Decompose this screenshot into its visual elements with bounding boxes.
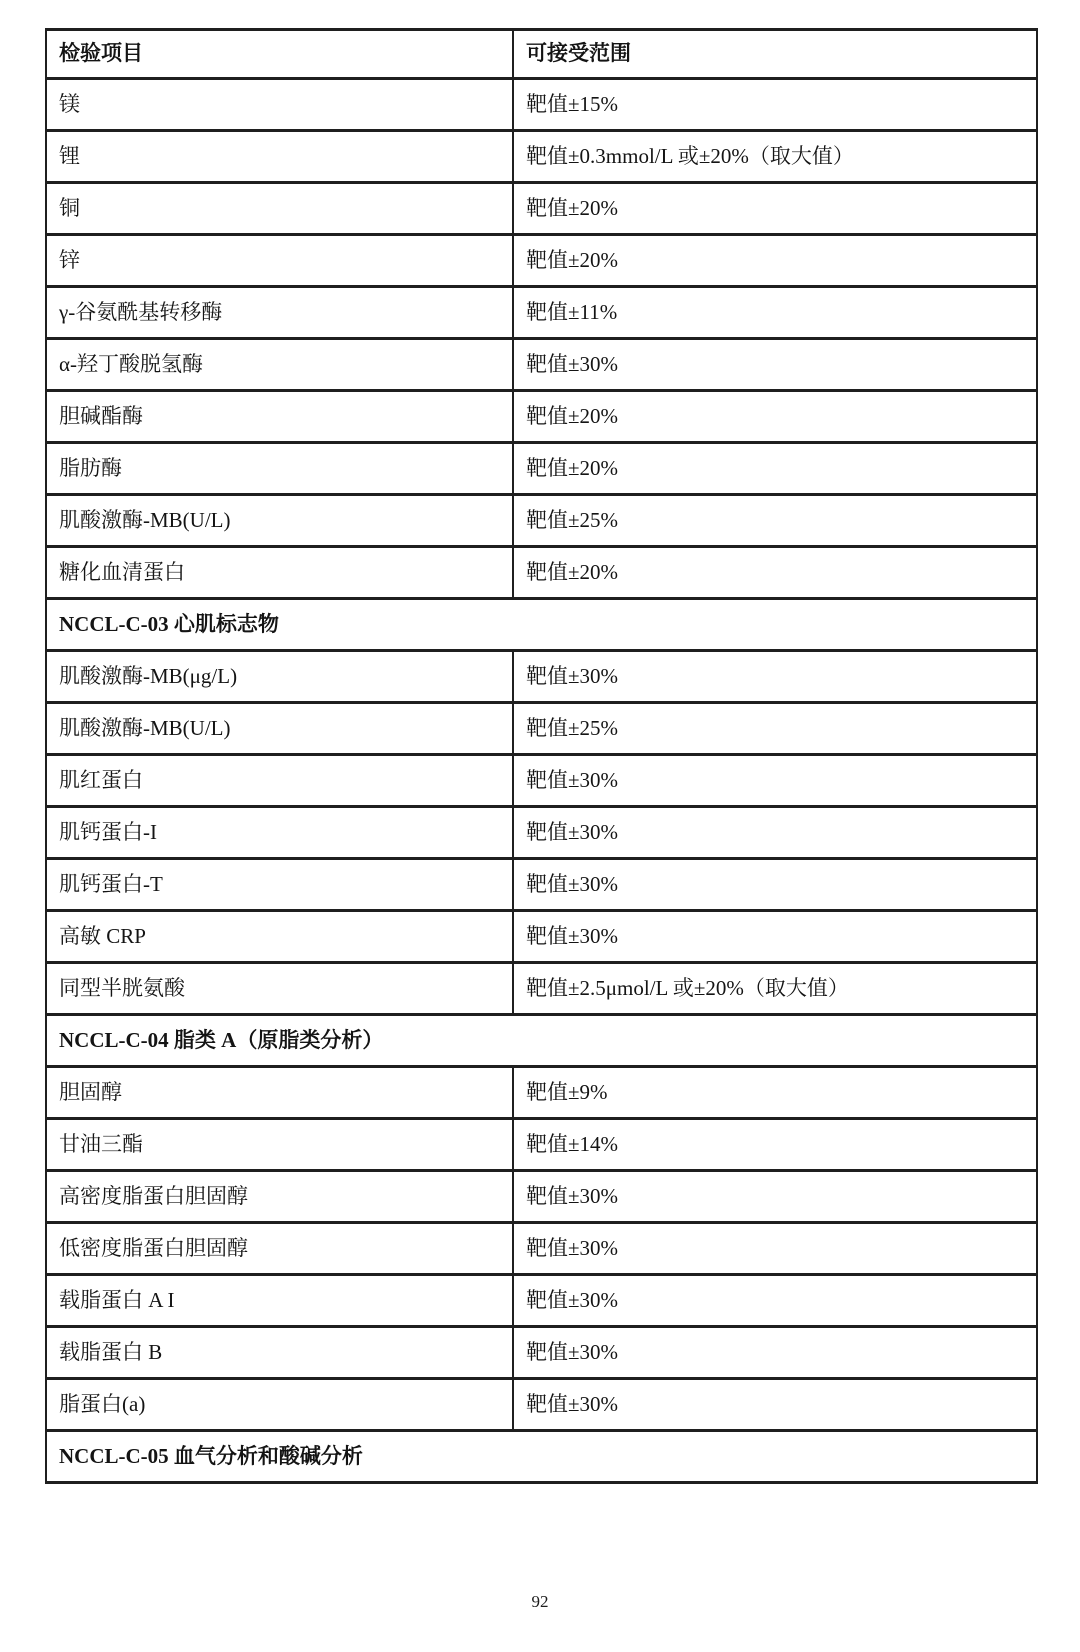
test-item-cell: 胆固醇 bbox=[46, 1067, 513, 1119]
acceptable-range-cell: 靶值±0.3mmol/L 或±20%（取大值） bbox=[513, 131, 1037, 183]
document-page: 检验项目 可接受范围 镁靶值±15%锂靶值±0.3mmol/L 或±20%（取大… bbox=[0, 0, 1080, 1652]
section-label: NCCL-C-03 心肌标志物 bbox=[46, 599, 1037, 651]
test-item-cell: 脂蛋白(a) bbox=[46, 1379, 513, 1431]
acceptable-range-cell: 靶值±30% bbox=[513, 859, 1037, 911]
acceptable-range-cell: 靶值±25% bbox=[513, 703, 1037, 755]
table-row: 高密度脂蛋白胆固醇靶值±30% bbox=[46, 1171, 1037, 1223]
test-item-cell: 载脂蛋白 B bbox=[46, 1327, 513, 1379]
section-header-row: NCCL-C-03 心肌标志物 bbox=[46, 599, 1037, 651]
table-row: 肌酸激酶-MB(μg/L)靶值±30% bbox=[46, 651, 1037, 703]
page-number: 92 bbox=[0, 1592, 1080, 1612]
table-row: 肌酸激酶-MB(U/L)靶值±25% bbox=[46, 495, 1037, 547]
table-row: 肌红蛋白靶值±30% bbox=[46, 755, 1037, 807]
table-row: 同型半胱氨酸靶值±2.5μmol/L 或±20%（取大值） bbox=[46, 963, 1037, 1015]
table-row: 胆碱酯酶靶值±20% bbox=[46, 391, 1037, 443]
test-item-cell: 镁 bbox=[46, 79, 513, 131]
test-item-cell: 肌酸激酶-MB(U/L) bbox=[46, 495, 513, 547]
acceptable-range-cell: 靶值±20% bbox=[513, 391, 1037, 443]
test-item-cell: 锂 bbox=[46, 131, 513, 183]
table-row: 载脂蛋白 A I靶值±30% bbox=[46, 1275, 1037, 1327]
test-item-cell: 脂肪酶 bbox=[46, 443, 513, 495]
table-row: 胆固醇靶值±9% bbox=[46, 1067, 1037, 1119]
test-item-cell: 载脂蛋白 A I bbox=[46, 1275, 513, 1327]
acceptable-range-cell: 靶值±30% bbox=[513, 651, 1037, 703]
acceptable-range-cell: 靶值±14% bbox=[513, 1119, 1037, 1171]
test-item-cell: 低密度脂蛋白胆固醇 bbox=[46, 1223, 513, 1275]
section-header-row: NCCL-C-05 血气分析和酸碱分析 bbox=[46, 1431, 1037, 1483]
test-item-cell: 高密度脂蛋白胆固醇 bbox=[46, 1171, 513, 1223]
qc-table: 检验项目 可接受范围 镁靶值±15%锂靶值±0.3mmol/L 或±20%（取大… bbox=[45, 28, 1038, 1484]
table-row: 低密度脂蛋白胆固醇靶值±30% bbox=[46, 1223, 1037, 1275]
test-item-cell: γ-谷氨酰基转移酶 bbox=[46, 287, 513, 339]
table-header-row: 检验项目 可接受范围 bbox=[46, 30, 1037, 79]
test-item-cell: 甘油三酯 bbox=[46, 1119, 513, 1171]
test-item-cell: 肌钙蛋白-I bbox=[46, 807, 513, 859]
acceptable-range-cell: 靶值±2.5μmol/L 或±20%（取大值） bbox=[513, 963, 1037, 1015]
column-header-acceptable-range: 可接受范围 bbox=[513, 30, 1037, 79]
acceptable-range-cell: 靶值±9% bbox=[513, 1067, 1037, 1119]
test-item-cell: 肌酸激酶-MB(μg/L) bbox=[46, 651, 513, 703]
acceptable-range-cell: 靶值±30% bbox=[513, 1327, 1037, 1379]
test-item-cell: 糖化血清蛋白 bbox=[46, 547, 513, 599]
table-row: 镁靶值±15% bbox=[46, 79, 1037, 131]
acceptable-range-cell: 靶值±30% bbox=[513, 1379, 1037, 1431]
section-label: NCCL-C-05 血气分析和酸碱分析 bbox=[46, 1431, 1037, 1483]
table-row: 脂蛋白(a)靶值±30% bbox=[46, 1379, 1037, 1431]
acceptable-range-cell: 靶值±30% bbox=[513, 339, 1037, 391]
section-label: NCCL-C-04 脂类 A（原脂类分析） bbox=[46, 1015, 1037, 1067]
acceptable-range-cell: 靶值±30% bbox=[513, 1223, 1037, 1275]
acceptable-range-cell: 靶值±30% bbox=[513, 1275, 1037, 1327]
test-item-cell: 肌红蛋白 bbox=[46, 755, 513, 807]
table-row: 肌酸激酶-MB(U/L)靶值±25% bbox=[46, 703, 1037, 755]
table-row: 肌钙蛋白-T靶值±30% bbox=[46, 859, 1037, 911]
test-item-cell: 肌酸激酶-MB(U/L) bbox=[46, 703, 513, 755]
acceptable-range-cell: 靶值±25% bbox=[513, 495, 1037, 547]
test-item-cell: 胆碱酯酶 bbox=[46, 391, 513, 443]
acceptable-range-cell: 靶值±30% bbox=[513, 807, 1037, 859]
test-item-cell: 同型半胱氨酸 bbox=[46, 963, 513, 1015]
table-row: 锂靶值±0.3mmol/L 或±20%（取大值） bbox=[46, 131, 1037, 183]
section-header-row: NCCL-C-04 脂类 A（原脂类分析） bbox=[46, 1015, 1037, 1067]
table-row: 铜靶值±20% bbox=[46, 183, 1037, 235]
test-item-cell: 铜 bbox=[46, 183, 513, 235]
table-body: 镁靶值±15%锂靶值±0.3mmol/L 或±20%（取大值）铜靶值±20%锌靶… bbox=[46, 79, 1037, 1483]
table-row: 糖化血清蛋白靶值±20% bbox=[46, 547, 1037, 599]
table-row: γ-谷氨酰基转移酶靶值±11% bbox=[46, 287, 1037, 339]
table-row: 肌钙蛋白-I靶值±30% bbox=[46, 807, 1037, 859]
test-item-cell: 锌 bbox=[46, 235, 513, 287]
test-item-cell: 高敏 CRP bbox=[46, 911, 513, 963]
acceptable-range-cell: 靶值±20% bbox=[513, 183, 1037, 235]
acceptable-range-cell: 靶值±11% bbox=[513, 287, 1037, 339]
acceptable-range-cell: 靶值±20% bbox=[513, 547, 1037, 599]
column-header-test-item: 检验项目 bbox=[46, 30, 513, 79]
acceptable-range-cell: 靶值±20% bbox=[513, 443, 1037, 495]
table-row: 锌靶值±20% bbox=[46, 235, 1037, 287]
test-item-cell: α-羟丁酸脱氢酶 bbox=[46, 339, 513, 391]
table-row: 甘油三酯靶值±14% bbox=[46, 1119, 1037, 1171]
table-row: 脂肪酶靶值±20% bbox=[46, 443, 1037, 495]
test-item-cell: 肌钙蛋白-T bbox=[46, 859, 513, 911]
acceptable-range-cell: 靶值±30% bbox=[513, 1171, 1037, 1223]
table-row: 高敏 CRP靶值±30% bbox=[46, 911, 1037, 963]
acceptable-range-cell: 靶值±20% bbox=[513, 235, 1037, 287]
table-row: 载脂蛋白 B靶值±30% bbox=[46, 1327, 1037, 1379]
table-row: α-羟丁酸脱氢酶靶值±30% bbox=[46, 339, 1037, 391]
acceptable-range-cell: 靶值±30% bbox=[513, 911, 1037, 963]
acceptable-range-cell: 靶值±30% bbox=[513, 755, 1037, 807]
acceptable-range-cell: 靶值±15% bbox=[513, 79, 1037, 131]
